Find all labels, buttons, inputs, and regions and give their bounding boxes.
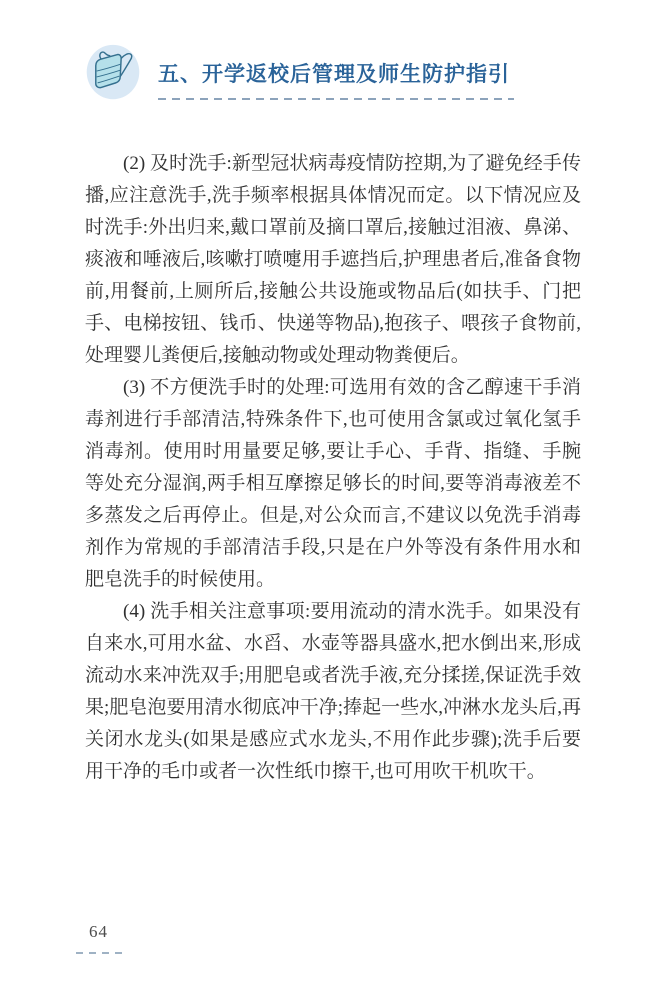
surgical-mask-icon	[84, 42, 142, 102]
chapter-title: 五、开学返校后管理及师生防护指引	[158, 58, 514, 88]
footer-dashed-line	[76, 952, 126, 954]
paragraph-4-handwashing-notes: (4) 洗手相关注意事项:要用流动的清水洗手。如果没有自来水,可用水盆、水舀、水…	[85, 596, 581, 788]
paragraph-2-timely-handwashing: (2) 及时洗手:新型冠状病毒疫情防控期,为了避免经手传播,应注意洗手,洗手频率…	[85, 148, 581, 372]
page-number: 64	[89, 922, 108, 942]
title-wrap: 五、开学返校后管理及师生防护指引	[158, 42, 514, 100]
body-text: (2) 及时洗手:新型冠状病毒疫情防控期,为了避免经手传播,应注意洗手,洗手频率…	[85, 148, 581, 788]
paragraph-3-hand-sanitizer: (3) 不方便洗手时的处理:可选用有效的含乙醇速干手消毒剂进行手部清洁,特殊条件…	[85, 372, 581, 596]
document-page: 五、开学返校后管理及师生防护指引 (2) 及时洗手:新型冠状病毒疫情防控期,为了…	[0, 0, 666, 1000]
chapter-header: 五、开学返校后管理及师生防护指引	[84, 42, 514, 102]
title-dashed-underline	[158, 98, 514, 100]
